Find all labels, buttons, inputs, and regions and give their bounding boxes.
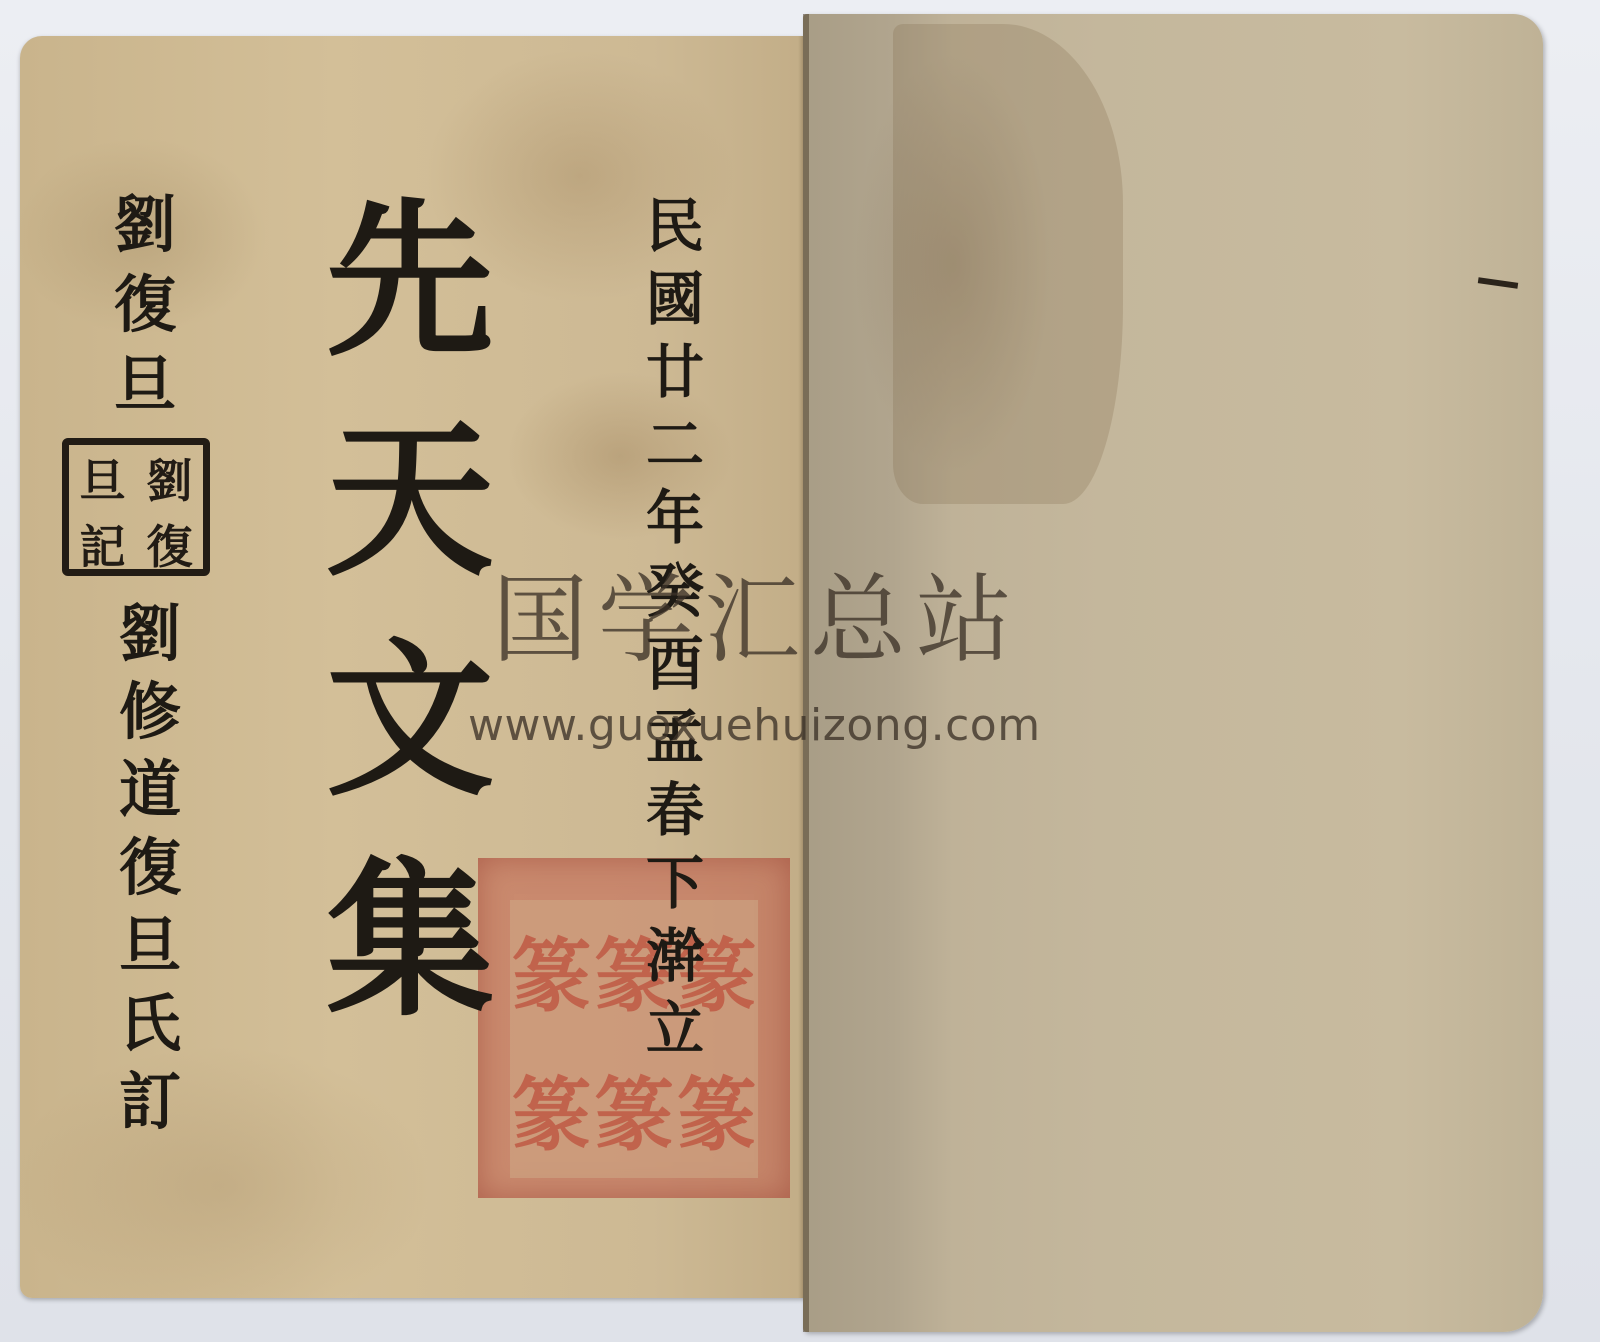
editor-char: 氏 xyxy=(119,985,181,1063)
title-char: 集 xyxy=(326,830,494,1050)
date-char: 廿 xyxy=(646,336,704,409)
author-char: 劉 xyxy=(114,185,176,265)
date-char: 二 xyxy=(646,409,704,482)
seal-glyph: 篆 xyxy=(594,1051,674,1166)
editor-char: 劉 xyxy=(119,595,181,673)
seal-glyph: 篆 xyxy=(511,912,591,1027)
date-char: 國 xyxy=(646,263,704,336)
watermark-chinese: 国学汇总站 xyxy=(492,565,1022,675)
editor-char: 復 xyxy=(119,829,181,907)
book-title: 先 天 文 集 xyxy=(300,170,520,1050)
date-char: 春 xyxy=(646,774,704,847)
editor-char: 訂 xyxy=(119,1063,181,1141)
date-char: 年 xyxy=(646,482,704,555)
black-seal-stamp: 旦 劉 記 復 xyxy=(62,438,210,576)
author-column: 劉 復 旦 xyxy=(90,185,200,425)
editor-column: 劉 修 道 復 旦 氏 訂 xyxy=(95,595,205,1141)
seal-char: 復 xyxy=(147,511,193,577)
watermark-url: www.guoxuehuizong.com xyxy=(468,700,1041,751)
date-char: 澣 xyxy=(646,920,704,993)
date-char: 立 xyxy=(646,993,704,1066)
title-char: 先 xyxy=(326,170,494,390)
author-char: 旦 xyxy=(114,345,176,425)
water-stain xyxy=(893,24,1123,504)
seal-char: 旦 xyxy=(80,445,126,511)
editor-char: 旦 xyxy=(119,907,181,985)
editor-char: 修 xyxy=(119,673,181,751)
date-char: 民 xyxy=(646,190,704,263)
author-char: 復 xyxy=(114,265,176,345)
seal-char: 記 xyxy=(80,511,126,577)
seal-char: 劉 xyxy=(147,445,193,511)
date-char: 下 xyxy=(646,847,704,920)
seal-glyph: 篆 xyxy=(511,1051,591,1166)
seal-glyph: 篆 xyxy=(677,1051,757,1166)
editor-char: 道 xyxy=(119,751,181,829)
title-char: 天 xyxy=(326,390,494,610)
